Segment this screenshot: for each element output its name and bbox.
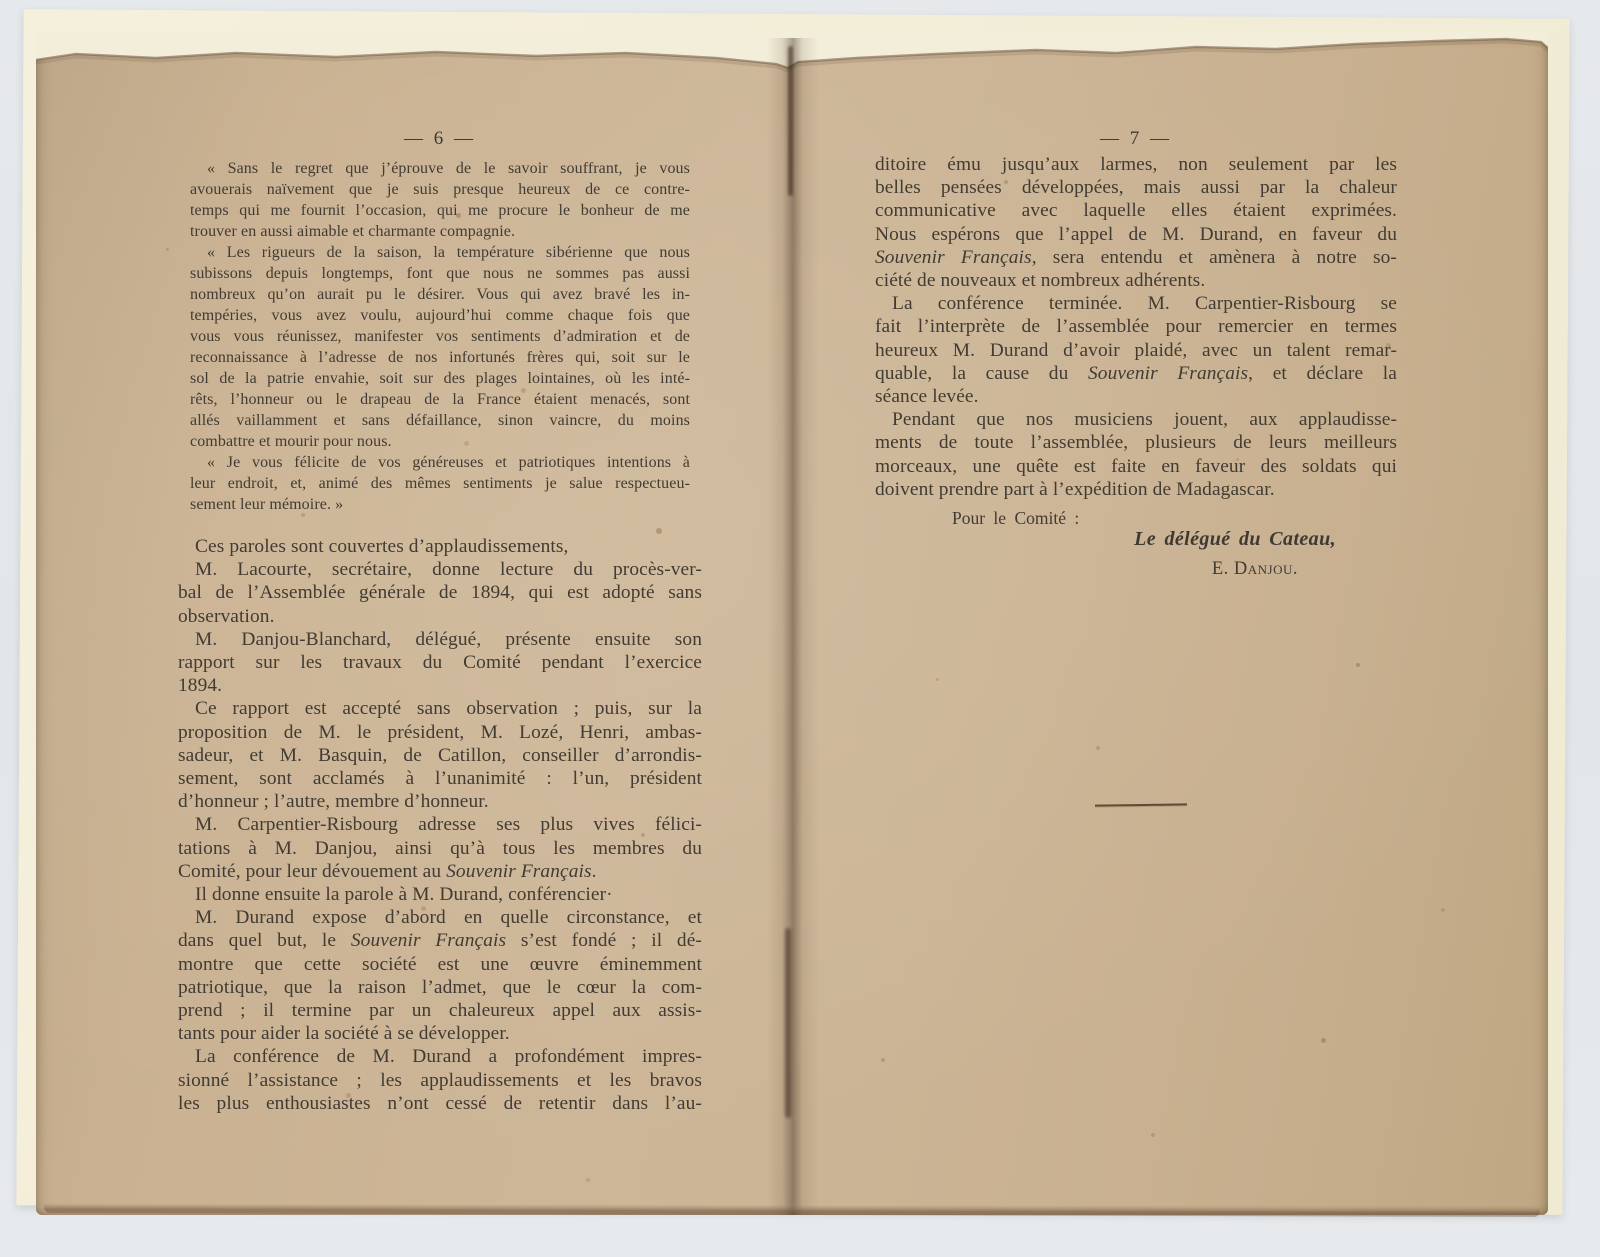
left-page-number: — 6 — (178, 128, 702, 150)
text-line: reconnaissance à l’adresse de nos infort… (190, 347, 690, 368)
text-line: sadeur, et M. Basquin, de Catillon, cons… (178, 744, 702, 767)
text-line: ciété de nouveaux et nombreux adhérents. (875, 269, 1397, 292)
text-segment: quable, la cause du (875, 363, 1088, 384)
text-line: 1894. (178, 674, 702, 697)
text-line: d’honneur ; l’autre, membre d’honneur. (178, 790, 702, 813)
text-line: fait l’interprète de l’assemblée pour re… (875, 315, 1397, 338)
text-line: tempéries, vous avez voulu, aujourd’hui … (190, 305, 690, 326)
signature-name-smallcaps: Danjou (1234, 559, 1293, 579)
paragraph: M. Durand expose d’abord en quelle circo… (178, 906, 702, 1045)
text-segment: Souvenir Français (1088, 363, 1248, 384)
text-line: M. Lacourte, secrétaire, donne lecture d… (178, 558, 702, 581)
text-line: sol de la patrie envahie, soit sur des p… (190, 368, 690, 389)
text-line: « Les rigueurs de la saison, la températ… (190, 242, 690, 263)
paper-speck (166, 248, 169, 251)
text-line: les plus enthousiastes n’ont cessé de re… (178, 1092, 702, 1115)
signature-role-line: Le délégué du Cateau, (1134, 528, 1336, 551)
text-line: « Je vous félicite de vos généreuses et … (190, 452, 690, 473)
left-page: — 6 — « Sans le regret que j’éprouve de … (178, 38, 702, 1215)
paragraph: La conférence terminée. M. Carpentier-Ri… (875, 292, 1397, 408)
text-line: combattre et mourir pour nous. (190, 431, 690, 452)
text-line: allés vaillamment et sans défaillance, s… (190, 410, 690, 431)
signature-name-suffix: . (1293, 559, 1298, 579)
text-segment: Souvenir Français (446, 861, 592, 882)
text-segment: , sera entendu et amènera à notre so- (1032, 247, 1397, 268)
text-segment: Souvenir Français (351, 930, 506, 951)
text-segment: Comité, pour leur dévouement au (178, 861, 446, 882)
book-gutter-fold (767, 38, 819, 1215)
text-line: trouver en aussi aimable et charmante co… (190, 221, 690, 242)
signature-name-line: E. Danjou. (1212, 559, 1298, 580)
text-segment: s’est fondé ; il dé- (506, 930, 702, 951)
text-line: belles pensées développées, mais aussi p… (875, 176, 1397, 199)
text-segment: Souvenir Français (875, 247, 1032, 268)
text-line: montre que cette société est une œuvre é… (178, 953, 702, 976)
text-line: Il donne ensuite la parole à M. Durand, … (178, 883, 702, 906)
right-page-number: — 7 — (875, 128, 1397, 150)
text-line: nombreux qu’on aurait pu le désirer. Vou… (190, 284, 690, 305)
gutter-shadow-top (788, 46, 793, 196)
text-line: rapport sur les travaux du Comité pendan… (178, 651, 702, 674)
paragraph: Ces paroles sont couvertes d’applaudisse… (178, 535, 702, 558)
text-line: tations à M. Danjou, ainsi qu’à tous les… (178, 837, 702, 860)
text-line: morceaux, une quête est faite en faveur … (875, 455, 1397, 478)
text-line: Ce rapport est accepté sans observation … (178, 697, 702, 720)
text-line: quable, la cause du Souvenir Français, e… (875, 362, 1397, 385)
text-line: avouerais naïvement que je suis presque … (190, 179, 690, 200)
text-line: La conférence terminée. M. Carpentier-Ri… (875, 292, 1397, 315)
text-line: Pendant que nos musiciens jouent, aux ap… (875, 408, 1397, 431)
paragraph: « Je vous félicite de vos généreuses et … (190, 452, 690, 515)
text-line: sement, sont acclamés à l’unanimité : l’… (178, 767, 702, 790)
right-page-body-text: ditoire ému jusqu’aux larmes, non seulem… (875, 153, 1397, 501)
text-line: subissons depuis longtemps, font que nou… (190, 263, 690, 284)
text-line: « Sans le regret que j’éprouve de le sav… (190, 158, 690, 179)
text-line: leur endroit, et, animé des mêmes sentim… (190, 473, 690, 494)
text-line: séance levée. (875, 385, 1397, 408)
text-line: M. Danjou-Blanchard, délégué, présente e… (178, 628, 702, 651)
text-line: observation. (178, 605, 702, 628)
paragraph: ditoire ému jusqu’aux larmes, non seulem… (875, 153, 1397, 292)
text-line: vous vous réunissez, manifester vos sent… (190, 326, 690, 347)
text-line: Comité, pour leur dévouement au Souvenir… (178, 860, 702, 883)
text-line: sionné l’assistance ; les applaudissemen… (178, 1069, 702, 1092)
text-line: tants pour aider la société à se dévelop… (178, 1022, 702, 1045)
text-line: M. Durand expose d’abord en quelle circo… (178, 906, 702, 929)
text-line: Nous espérons que l’appel de M. Durand, … (875, 223, 1397, 246)
text-line: M. Carpentier-Risbourg adresse ses plus … (178, 813, 702, 836)
paragraph: La conférence de M. Durand a profondémen… (178, 1045, 702, 1115)
text-line: ditoire ému jusqu’aux larmes, non seulem… (875, 153, 1397, 176)
text-line: proposition de M. le président, M. Lozé,… (178, 721, 702, 744)
text-line: rêts, l’honneur ou le drapeau de la Fran… (190, 389, 690, 410)
text-line: sement leur mémoire. » (190, 494, 690, 515)
paper-speck (1441, 908, 1445, 912)
text-segment: , et déclare la (1248, 363, 1397, 384)
paragraph: M. Lacourte, secrétaire, donne lecture d… (178, 558, 702, 628)
text-line: ments de toute l’assemblée, plusieurs de… (875, 431, 1397, 454)
paragraph: « Les rigueurs de la saison, la températ… (190, 242, 690, 452)
left-page-body-text: Ces paroles sont couvertes d’applaudisse… (178, 535, 702, 1115)
scanned-book-spread: — 6 — « Sans le regret que j’éprouve de … (0, 0, 1600, 1257)
text-line: bal de l’Assemblée générale de 1894, qui… (178, 581, 702, 604)
text-line: Souvenir Français, sera entendu et amène… (875, 246, 1397, 269)
book-page-spread: — 6 — « Sans le regret que j’éprouve de … (36, 38, 1548, 1215)
text-segment: . (592, 861, 597, 882)
gutter-shadow-middle (785, 928, 791, 1118)
text-line: Ces paroles sont couvertes d’applaudisse… (178, 535, 702, 558)
signature-committee-line: Pour le Comité : (952, 508, 1079, 529)
right-page: — 7 — ditoire ému jusqu’aux larmes, non … (875, 38, 1397, 1215)
text-line: dans quel but, le Souvenir Français s’es… (178, 929, 702, 952)
left-page-quote-block: « Sans le regret que j’éprouve de le sav… (190, 158, 690, 515)
text-segment: dans quel but, le (178, 930, 351, 951)
paragraph: Ce rapport est accepté sans observation … (178, 697, 702, 813)
paragraph: M. Carpentier-Risbourg adresse ses plus … (178, 813, 702, 883)
text-line: communicative avec laquelle elles étaien… (875, 199, 1397, 222)
paragraph: Il donne ensuite la parole à M. Durand, … (178, 883, 702, 906)
text-line: prend ; il termine par un chaleureux app… (178, 999, 702, 1022)
text-line: patriotique, que la raison l’admet, que … (178, 976, 702, 999)
paragraph: Pendant que nos musiciens jouent, aux ap… (875, 408, 1397, 501)
paragraph: « Sans le regret que j’éprouve de le sav… (190, 158, 690, 242)
text-line: heureux M. Durand d’avoir plaidé, avec u… (875, 339, 1397, 362)
text-line: temps qui me fournit l’occasion, qui me … (190, 200, 690, 221)
paragraph: M. Danjou-Blanchard, délégué, présente e… (178, 628, 702, 698)
signature-name-prefix: E. (1212, 559, 1234, 579)
text-line: La conférence de M. Durand a profondémen… (178, 1045, 702, 1068)
text-line: doivent prendre part à l’expédition de M… (875, 478, 1397, 501)
